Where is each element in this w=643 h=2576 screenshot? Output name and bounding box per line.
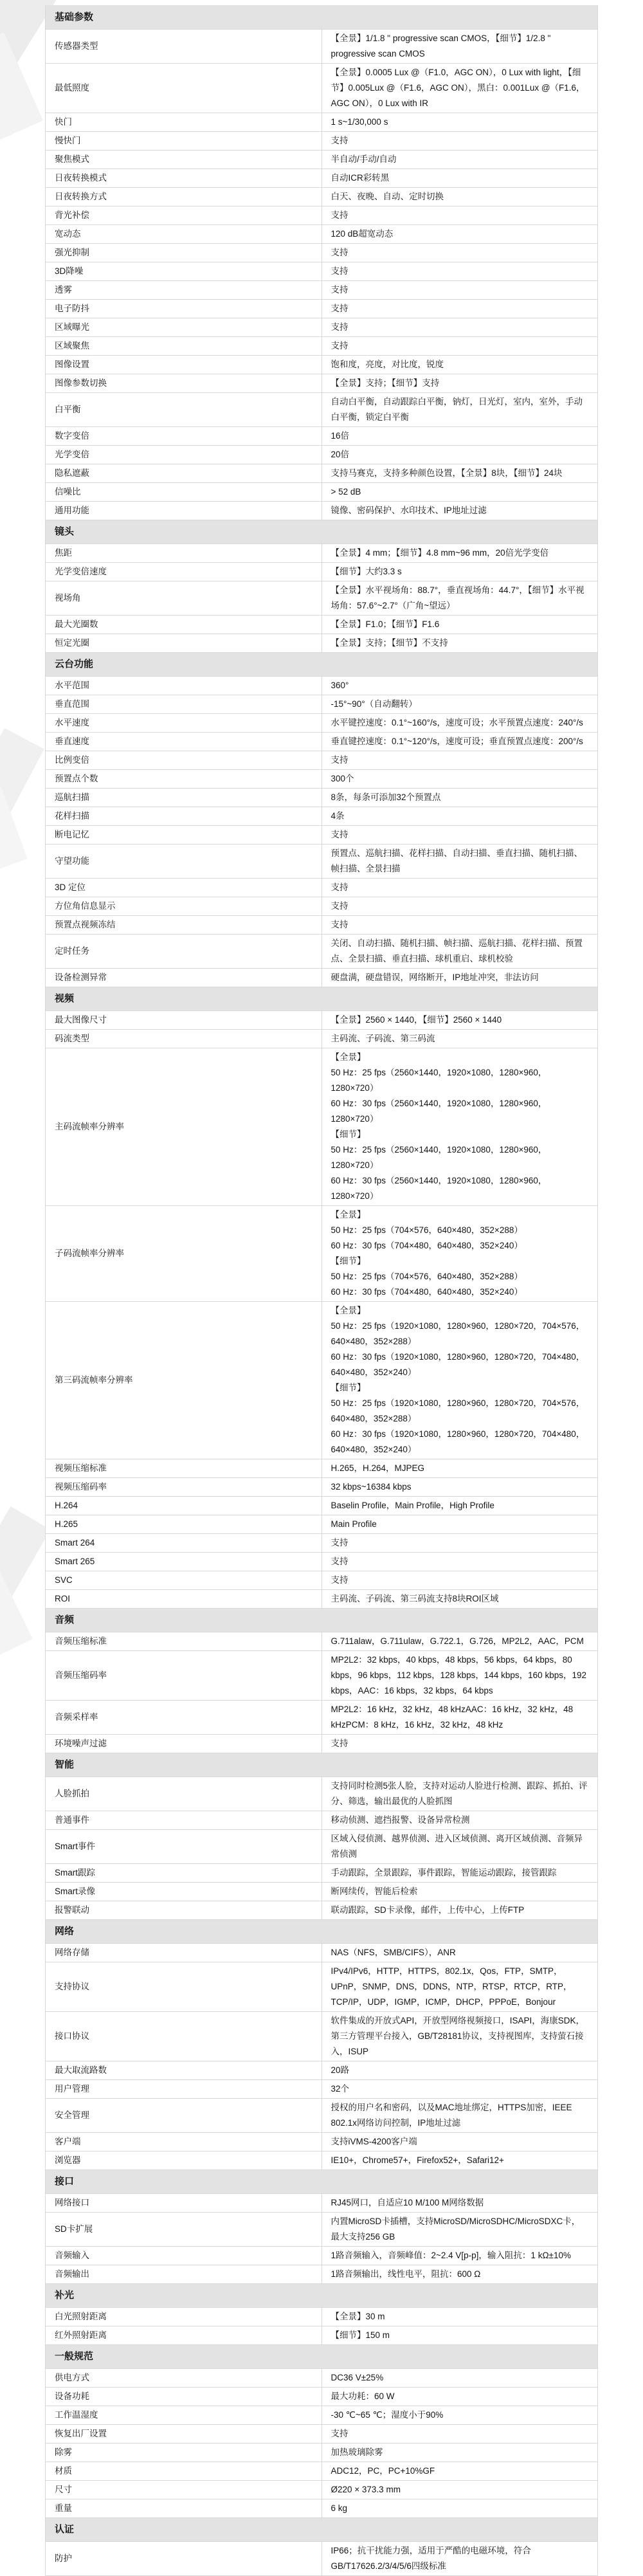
spec-value: 软件集成的开放式API，开放型网络视频接口，ISAPI，海康SDK，第三方管理平…: [321, 2012, 598, 2061]
spec-value: 支持马赛克，支持多种颜色设置，【全景】8块，【细节】24块: [321, 464, 598, 483]
spec-value: 支持: [321, 1735, 598, 1753]
spec-value: 支持: [321, 244, 598, 262]
spec-label: 信噪比: [46, 483, 322, 502]
section-row: 网络: [46, 1920, 598, 1944]
table-row: 区域曝光支持: [46, 318, 598, 337]
table-row: 背光补偿支持: [46, 206, 598, 225]
spec-label: Smart 265: [46, 1553, 322, 1571]
table-row: 通用功能镜像、密码保护、水印技术、IP地址过滤: [46, 502, 598, 520]
section-header: 补光: [46, 2284, 598, 2308]
table-row: 防护IP66；抗干扰能力强，适用于严酷的电磁环境，符合GB/T17626.2/3…: [46, 2542, 598, 2576]
table-row: 子码流帧率分辨率【全景】 50 Hz：25 fps（704×576，640×48…: [46, 1206, 598, 1302]
spec-value: 32个: [321, 2080, 598, 2099]
spec-label: 快门: [46, 113, 322, 132]
table-row: 音频压缩码率MP2L2：32 kbps，40 kbps，48 kbps，56 k…: [46, 1651, 598, 1701]
spec-label: 定时任务: [46, 935, 322, 969]
spec-label: 防护: [46, 2542, 322, 2576]
table-row: 客户端支持iVMS-4200客户端: [46, 2133, 598, 2151]
spec-label: 图像参数切换: [46, 374, 322, 393]
spec-value: 支持: [321, 897, 598, 916]
spec-label: 水平范围: [46, 677, 322, 695]
spec-label: 3D 定位: [46, 879, 322, 897]
table-row: Smart 264支持: [46, 1534, 598, 1553]
spec-label: 音频输入: [46, 2247, 322, 2265]
spec-label: 断电记忆: [46, 826, 322, 845]
spec-label: 水平速度: [46, 714, 322, 733]
spec-value: 支持: [321, 751, 598, 770]
spec-label: 网络接口: [46, 2194, 322, 2213]
spec-value: -15°~90°（自动翻转）: [321, 695, 598, 714]
spec-label: 白光照射距离: [46, 2308, 322, 2326]
spec-value: 【全景】支持；【细节】不支持: [321, 634, 598, 653]
spec-label: 支持协议: [46, 1962, 322, 2012]
table-row: H.265Main Profile: [46, 1515, 598, 1534]
spec-value: 【全景】1/1.8 " progressive scan CMOS，【细节】1/…: [321, 30, 598, 64]
table-row: 比例变倍支持: [46, 751, 598, 770]
spec-label: H.264: [46, 1497, 322, 1515]
spec-label: 视频压缩码率: [46, 1478, 322, 1497]
spec-value: 支持: [321, 337, 598, 356]
spec-label: 恢复出厂设置: [46, 2425, 322, 2444]
spec-label: 普通事件: [46, 1811, 322, 1830]
spec-value: 饱和度，亮度，对比度，锐度: [321, 356, 598, 374]
spec-value: 4条: [321, 807, 598, 826]
table-row: SD卡扩展内置MicroSD卡插槽，支持MicroSD/MicroSDHC/Mi…: [46, 2213, 598, 2247]
table-row: Smart跟踪手动跟踪，全景跟踪，事件跟踪，智能运动跟踪，接管跟踪: [46, 1864, 598, 1883]
spec-value: 32 kbps~16384 kbps: [321, 1478, 598, 1497]
spec-label: 浏览器: [46, 2151, 322, 2170]
spec-label: 安全管理: [46, 2099, 322, 2133]
table-row: 光学变倍速度【细节】大约3.3 s: [46, 563, 598, 581]
spec-value: 硬盘满，硬盘错误，网络断开，IP地址冲突，非法访问: [321, 969, 598, 987]
table-row: 强光抑制支持: [46, 244, 598, 262]
spec-value: 区域入侵侦测、越界侦测、进入区域侦测、离开区域侦测、音频异常侦测: [321, 1830, 598, 1864]
spec-label: 码流类型: [46, 1030, 322, 1048]
spec-label: 日夜转换方式: [46, 188, 322, 206]
spec-value: 20路: [321, 2061, 598, 2080]
spec-label: 主码流帧率分辨率: [46, 1048, 322, 1206]
table-row: 最大取流路数20路: [46, 2061, 598, 2080]
spec-value: 支持: [321, 132, 598, 151]
table-row: 方位角信息显示支持: [46, 897, 598, 916]
spec-label: 音频采样率: [46, 1701, 322, 1735]
spec-value: 内置MicroSD卡插槽，支持MicroSD/MicroSDHC/MicroSD…: [321, 2213, 598, 2247]
spec-value: 6 kg: [321, 2499, 598, 2518]
spec-value: 【全景】30 m: [321, 2308, 598, 2326]
spec-value: 支持: [321, 2425, 598, 2444]
spec-value: 300个: [321, 770, 598, 789]
spec-value: 【细节】150 m: [321, 2326, 598, 2345]
table-row: 音频输入1路音频输入，音频峰值：2~2.4 V[p-p]，输入阻抗：1 kΩ±1…: [46, 2247, 598, 2265]
spec-label: Smart 264: [46, 1534, 322, 1553]
spec-label: 3D降噪: [46, 262, 322, 281]
spec-label: 透雾: [46, 281, 322, 300]
spec-label: 最大取流路数: [46, 2061, 322, 2080]
spec-label: 最低照度: [46, 64, 322, 113]
spec-label: Smart录像: [46, 1883, 322, 1901]
spec-label: 除雾: [46, 2444, 322, 2462]
table-row: 断电记忆支持: [46, 826, 598, 845]
table-row: 花样扫描4条: [46, 807, 598, 826]
spec-label: 垂直范围: [46, 695, 322, 714]
spec-label: SD卡扩展: [46, 2213, 322, 2247]
spec-value: 支持: [321, 879, 598, 897]
spec-value: 1路音频输出，线性电平，阻抗：600 Ω: [321, 2265, 598, 2284]
spec-value: 【全景】4 mm；【细节】4.8 mm~96 mm，20倍光学变倍: [321, 544, 598, 563]
spec-value: IP66；抗干扰能力强，适用于严酷的电磁环境，符合GB/T17626.2/3/4…: [321, 2542, 598, 2576]
spec-value: 支持: [321, 318, 598, 337]
table-row: 定时任务关闭、自动扫描、随机扫描、帧扫描、巡航扫描、花样扫描、预置点、全景扫描、…: [46, 935, 598, 969]
watermark-shard: [0, 32, 43, 142]
table-row: 除雾加热玻璃除雾: [46, 2444, 598, 2462]
spec-value: 手动跟踪，全景跟踪，事件跟踪，智能运动跟踪，接管跟踪: [321, 1864, 598, 1883]
spec-label: 音频输出: [46, 2265, 322, 2284]
table-row: Smart 265支持: [46, 1553, 598, 1571]
spec-value: 16倍: [321, 427, 598, 446]
spec-value: 自动白平衡，自动跟踪白平衡，钠灯，日光灯，室内，室外，手动白平衡，锁定白平衡: [321, 393, 598, 427]
table-row: H.264Baselin Profile，Main Profile，High P…: [46, 1497, 598, 1515]
section-row: 智能: [46, 1753, 598, 1777]
table-row: 普通事件移动侦测、遮挡报警、设备异常检测: [46, 1811, 598, 1830]
spec-label: 视频压缩标准: [46, 1459, 322, 1478]
spec-label: 聚焦模式: [46, 151, 322, 169]
spec-value: 【全景】水平视场角：88.7°，垂直视场角：44.7°，【细节】水平视场角：57…: [321, 581, 598, 616]
spec-label: 光学变倍速度: [46, 563, 322, 581]
spec-value: 【细节】大约3.3 s: [321, 563, 598, 581]
spec-label: 网络存储: [46, 1944, 322, 1962]
spec-value: Main Profile: [321, 1515, 598, 1534]
table-row: 日夜转换方式白天、夜晚、自动、定时切换: [46, 188, 598, 206]
spec-label: 慢快门: [46, 132, 322, 151]
spec-value: 垂直键控速度：0.1°~120°/s，速度可设；垂直预置点速度：200°/s: [321, 733, 598, 751]
table-row: Smart事件区域入侵侦测、越界侦测、进入区域侦测、离开区域侦测、音频异常侦测: [46, 1830, 598, 1864]
table-row: 水平范围360°: [46, 677, 598, 695]
spec-label: H.265: [46, 1515, 322, 1534]
spec-label: Smart事件: [46, 1830, 322, 1864]
spec-value: -30 ℃~65 ℃；湿度小于90%: [321, 2406, 598, 2425]
spec-label: 重量: [46, 2499, 322, 2518]
table-row: 网络存储NAS（NFS，SMB/CIFS），ANR: [46, 1944, 598, 1962]
table-row: 预置点个数300个: [46, 770, 598, 789]
spec-value: 【全景】 50 Hz：25 fps（1920×1080，1280×960，128…: [321, 1302, 598, 1459]
spec-value: 1 s~1/30,000 s: [321, 113, 598, 132]
spec-label: ROI: [46, 1590, 322, 1609]
watermark-shard: [0, 1564, 33, 1659]
spec-value: Ø220 × 373.3 mm: [321, 2481, 598, 2499]
spec-value: 360°: [321, 677, 598, 695]
table-row: 最低照度【全景】0.0005 Lux @（F1.0，AGC ON），0 Lux …: [46, 64, 598, 113]
spec-value: 关闭、自动扫描、随机扫描、帧扫描、巡航扫描、花样扫描、预置点、全景扫描、垂直扫描…: [321, 935, 598, 969]
section-row: 镜头: [46, 520, 598, 544]
table-row: 守望功能预置点、巡航扫描、花样扫描、自动扫描、垂直扫描、随机扫描、帧扫描、全景扫…: [46, 845, 598, 879]
section-header: 基础参数: [46, 6, 598, 30]
spec-label: 材质: [46, 2462, 322, 2481]
table-row: 传感器类型【全景】1/1.8 " progressive scan CMOS，【…: [46, 30, 598, 64]
spec-label: 最大图像尺寸: [46, 1011, 322, 1030]
spec-value: 加热玻璃除雾: [321, 2444, 598, 2462]
spec-value: 断网续传，智能后检索: [321, 1883, 598, 1901]
spec-label: 方位角信息显示: [46, 897, 322, 916]
spec-value: 主码流、子码流、第三码流: [321, 1030, 598, 1048]
table-row: 白光照射距离【全景】30 m: [46, 2308, 598, 2326]
section-row: 基础参数: [46, 6, 598, 30]
table-row: 报警联动联动跟踪，SD卡录像，邮件，上传中心，上传FTP: [46, 1901, 598, 1920]
spec-value: 镜像、密码保护、水印技术、IP地址过滤: [321, 502, 598, 520]
table-row: 环境噪声过滤支持: [46, 1735, 598, 1753]
table-row: 最大光圈数【全景】F1.0；【细节】F1.6: [46, 616, 598, 634]
table-row: 人脸抓拍支持同时检测5张人脸，支持对运动人脸进行检测、跟踪、抓拍、评分、筛选，输…: [46, 1777, 598, 1811]
spec-value: RJ45网口，自适应10 M/100 M网络数据: [321, 2194, 598, 2213]
spec-label: 恒定光圈: [46, 634, 322, 653]
spec-value: 【全景】 50 Hz：25 fps（704×576，640×480，352×28…: [321, 1206, 598, 1302]
spec-label: 电子防抖: [46, 300, 322, 318]
section-header: 云台功能: [46, 653, 598, 677]
table-row: 接口协议软件集成的开放式API，开放型网络视频接口，ISAPI，海康SDK，第三…: [46, 2012, 598, 2061]
table-row: 焦距【全景】4 mm；【细节】4.8 mm~96 mm，20倍光学变倍: [46, 544, 598, 563]
table-row: 第三码流帧率分辨率【全景】 50 Hz：25 fps（1920×1080，128…: [46, 1302, 598, 1459]
section-header: 认证: [46, 2518, 598, 2542]
spec-label: 传感器类型: [46, 30, 322, 64]
spec-value: 支持: [321, 1553, 598, 1571]
spec-value: 移动侦测、遮挡报警、设备异常检测: [321, 1811, 598, 1830]
table-row: 音频压缩标准G.711alaw，G.711ulaw，G.722.1，G.726，…: [46, 1632, 598, 1651]
table-row: 材质ADC12，PC，PC+10%GF: [46, 2462, 598, 2481]
section-header: 镜头: [46, 520, 598, 544]
spec-value: 主码流、子码流、第三码流支持8块ROI区域: [321, 1590, 598, 1609]
table-row: 安全管理授权的用户名和密码，以及MAC地址绑定，HTTPS加密，IEEE 802…: [46, 2099, 598, 2133]
spec-value: 1路音频输入，音频峰值：2~2.4 V[p-p]，输入阻抗：1 kΩ±10%: [321, 2247, 598, 2265]
spec-label: 音频压缩标准: [46, 1632, 322, 1651]
spec-value: IE10+，Chrome57+，Firefox52+，Safari12+: [321, 2151, 598, 2170]
spec-value: DC36 V±25%: [321, 2369, 598, 2388]
table-row: 区域聚焦支持: [46, 337, 598, 356]
spec-value: H.265，H.264，MJPEG: [321, 1459, 598, 1478]
section-header: 音频: [46, 1609, 598, 1632]
spec-label: 强光抑制: [46, 244, 322, 262]
table-row: 最大图像尺寸【全景】2560 × 1440，【细节】2560 × 1440: [46, 1011, 598, 1030]
spec-value: 授权的用户名和密码，以及MAC地址绑定，HTTPS加密，IEEE 802.1x网…: [321, 2099, 598, 2133]
spec-value: 支持: [321, 1571, 598, 1590]
spec-value: 20倍: [321, 446, 598, 464]
spec-label: 区域曝光: [46, 318, 322, 337]
table-row: 巡航扫描8条，每条可添加32个预置点: [46, 789, 598, 807]
table-row: 浏览器IE10+，Chrome57+，Firefox52+，Safari12+: [46, 2151, 598, 2170]
spec-table-body: 基础参数传感器类型【全景】1/1.8 " progressive scan CM…: [46, 6, 598, 2576]
spec-label: 背光补偿: [46, 206, 322, 225]
table-row: 重量6 kg: [46, 2499, 598, 2518]
spec-label: 供电方式: [46, 2369, 322, 2388]
table-row: 网络接口RJ45网口，自适应10 M/100 M网络数据: [46, 2194, 598, 2213]
spec-value: 自动ICR彩转黑: [321, 169, 598, 188]
spec-sheet-page: 基础参数传感器类型【全景】1/1.8 " progressive scan CM…: [0, 0, 643, 2576]
table-row: 信噪比> 52 dB: [46, 483, 598, 502]
spec-label: 日夜转换模式: [46, 169, 322, 188]
table-row: 主码流帧率分辨率【全景】 50 Hz：25 fps（2560×1440，1920…: [46, 1048, 598, 1206]
spec-label: 宽动态: [46, 225, 322, 244]
section-row: 视频: [46, 987, 598, 1011]
spec-label: 音频压缩码率: [46, 1651, 322, 1701]
spec-value: 支持同时检测5张人脸，支持对运动人脸进行检测、跟踪、抓拍、评分、筛选，输出最优的…: [321, 1777, 598, 1811]
spec-label: 子码流帧率分辨率: [46, 1206, 322, 1302]
spec-label: 红外照射距离: [46, 2326, 322, 2345]
table-row: 快门1 s~1/30,000 s: [46, 113, 598, 132]
spec-value: MP2L2：32 kbps，40 kbps，48 kbps，56 kbps，64…: [321, 1651, 598, 1701]
spec-label: 预置点个数: [46, 770, 322, 789]
spec-label: 设备检测异常: [46, 969, 322, 987]
table-row: 码流类型主码流、子码流、第三码流: [46, 1030, 598, 1048]
table-row: 光学变倍20倍: [46, 446, 598, 464]
table-row: 3D 定位支持: [46, 879, 598, 897]
section-header: 智能: [46, 1753, 598, 1777]
section-header: 一般规范: [46, 2345, 598, 2369]
spec-value: 白天、夜晚、自动、定时切换: [321, 188, 598, 206]
table-row: 音频采样率MP2L2：16 kHz，32 kHz，48 kHzAAC：16 kH…: [46, 1701, 598, 1735]
watermark-pattern: [0, 0, 45, 2576]
table-row: 垂直速度垂直键控速度：0.1°~120°/s，速度可设；垂直预置点速度：200°…: [46, 733, 598, 751]
spec-label: 工作温湿度: [46, 2406, 322, 2425]
table-row: ROI主码流、子码流、第三码流支持8块ROI区域: [46, 1590, 598, 1609]
spec-label: 隐私遮蔽: [46, 464, 322, 483]
spec-label: 尺寸: [46, 2481, 322, 2499]
table-row: 支持协议IPv4/IPv6，HTTP，HTTPS，802.1x，Qos，FTP，…: [46, 1962, 598, 2012]
spec-label: SVC: [46, 1571, 322, 1590]
table-row: 视场角【全景】水平视场角：88.7°，垂直视场角：44.7°，【细节】水平视场角…: [46, 581, 598, 616]
table-row: 3D降噪支持: [46, 262, 598, 281]
table-row: 预置点视频冻结支持: [46, 916, 598, 935]
section-row: 认证: [46, 2518, 598, 2542]
spec-value: 8条，每条可添加32个预置点: [321, 789, 598, 807]
spec-value: 半自动/手动/自动: [321, 151, 598, 169]
spec-value: 支持: [321, 281, 598, 300]
spec-label: 垂直速度: [46, 733, 322, 751]
table-row: 白平衡自动白平衡，自动跟踪白平衡，钠灯，日光灯，室内，室外，手动白平衡，锁定白平…: [46, 393, 598, 427]
spec-label: 守望功能: [46, 845, 322, 879]
spec-value: 【全景】F1.0；【细节】F1.6: [321, 616, 598, 634]
table-row: 工作温湿度-30 ℃~65 ℃；湿度小于90%: [46, 2406, 598, 2425]
spec-value: IPv4/IPv6，HTTP，HTTPS，802.1x，Qos，FTP，SMTP…: [321, 1962, 598, 2012]
table-row: 恢复出厂设置支持: [46, 2425, 598, 2444]
table-row: 设备检测异常硬盘满，硬盘错误，网络断开，IP地址冲突，非法访问: [46, 969, 598, 987]
spec-value: G.711alaw，G.711ulaw，G.722.1，G.726，MP2L2，…: [321, 1632, 598, 1651]
table-row: 红外照射距离【细节】150 m: [46, 2326, 598, 2345]
table-row: Smart录像断网续传，智能后检索: [46, 1883, 598, 1901]
table-row: 图像设置饱和度，亮度，对比度，锐度: [46, 356, 598, 374]
spec-value: Baselin Profile，Main Profile，High Profil…: [321, 1497, 598, 1515]
table-row: 电子防抖支持: [46, 300, 598, 318]
section-header: 视频: [46, 987, 598, 1011]
table-row: 尺寸Ø220 × 373.3 mm: [46, 2481, 598, 2499]
table-row: 透雾支持: [46, 281, 598, 300]
spec-label: 第三码流帧率分辨率: [46, 1302, 322, 1459]
spec-value: 最大功耗：60 W: [321, 2388, 598, 2406]
spec-value: 120 dB超宽动态: [321, 225, 598, 244]
table-row: 视频压缩标准H.265，H.264，MJPEG: [46, 1459, 598, 1478]
spec-label: 比例变倍: [46, 751, 322, 770]
spec-value: 支持: [321, 826, 598, 845]
spec-value: 支持: [321, 206, 598, 225]
spec-label: 焦距: [46, 544, 322, 563]
spec-label: 接口协议: [46, 2012, 322, 2061]
spec-label: 报警联动: [46, 1901, 322, 1920]
spec-value: 【全景】0.0005 Lux @（F1.0，AGC ON），0 Lux with…: [321, 64, 598, 113]
spec-value: 支持: [321, 262, 598, 281]
watermark-shard: [0, 1506, 51, 1613]
table-row: 视频压缩码率32 kbps~16384 kbps: [46, 1478, 598, 1497]
spec-value: 支持: [321, 1534, 598, 1553]
table-row: 日夜转换模式自动ICR彩转黑: [46, 169, 598, 188]
section-row: 音频: [46, 1609, 598, 1632]
spec-label: 用户管理: [46, 2080, 322, 2099]
spec-table: 基础参数传感器类型【全景】1/1.8 " progressive scan CM…: [45, 5, 598, 2576]
spec-label: 预置点视频冻结: [46, 916, 322, 935]
section-row: 补光: [46, 2284, 598, 2308]
section-header: 接口: [46, 2170, 598, 2194]
spec-label: 客户端: [46, 2133, 322, 2151]
spec-label: 最大光圈数: [46, 616, 322, 634]
spec-label: 人脸抓拍: [46, 1777, 322, 1811]
section-row: 接口: [46, 2170, 598, 2194]
table-row: 数字变倍16倍: [46, 427, 598, 446]
spec-value: 预置点、巡航扫描、花样扫描、自动扫描、垂直扫描、随机扫描、帧扫描、全景扫描: [321, 845, 598, 879]
table-row: 垂直范围-15°~90°（自动翻转）: [46, 695, 598, 714]
spec-value: 支持: [321, 916, 598, 935]
spec-value: 【全景】支持；【细节】支持: [321, 374, 598, 393]
spec-label: 数字变倍: [46, 427, 322, 446]
spec-label: 花样扫描: [46, 807, 322, 826]
spec-value: 【全景】2560 × 1440，【细节】2560 × 1440: [321, 1011, 598, 1030]
spec-value: 【全景】 50 Hz：25 fps（2560×1440，1920×1080，12…: [321, 1048, 598, 1206]
spec-value: 水平键控速度：0.1°~160°/s，速度可设；水平预置点速度：240°/s: [321, 714, 598, 733]
table-row: SVC支持: [46, 1571, 598, 1590]
spec-value: > 52 dB: [321, 483, 598, 502]
section-row: 云台功能: [46, 653, 598, 677]
spec-value: 支持: [321, 300, 598, 318]
table-row: 供电方式DC36 V±25%: [46, 2369, 598, 2388]
watermark-shard: [0, 786, 28, 873]
spec-value: 联动跟踪，SD卡录像，邮件，上传中心，上传FTP: [321, 1901, 598, 1920]
spec-label: 环境噪声过滤: [46, 1735, 322, 1753]
table-row: 宽动态120 dB超宽动态: [46, 225, 598, 244]
table-row: 设备功耗最大功耗：60 W: [46, 2388, 598, 2406]
spec-value: ADC12，PC，PC+10%GF: [321, 2462, 598, 2481]
table-row: 慢快门支持: [46, 132, 598, 151]
table-row: 音频输出1路音频输出，线性电平，阻抗：600 Ω: [46, 2265, 598, 2284]
spec-label: Smart跟踪: [46, 1864, 322, 1883]
spec-label: 设备功耗: [46, 2388, 322, 2406]
spec-label: 图像设置: [46, 356, 322, 374]
spec-value: NAS（NFS，SMB/CIFS），ANR: [321, 1944, 598, 1962]
spec-label: 白平衡: [46, 393, 322, 427]
table-row: 用户管理32个: [46, 2080, 598, 2099]
spec-label: 光学变倍: [46, 446, 322, 464]
spec-label: 通用功能: [46, 502, 322, 520]
table-row: 恒定光圈【全景】支持；【细节】不支持: [46, 634, 598, 653]
spec-label: 区域聚焦: [46, 337, 322, 356]
table-row: 水平速度水平键控速度：0.1°~160°/s，速度可设；水平预置点速度：240°…: [46, 714, 598, 733]
section-header: 网络: [46, 1920, 598, 1944]
table-row: 隐私遮蔽支持马赛克，支持多种颜色设置，【全景】8块，【细节】24块: [46, 464, 598, 483]
table-row: 图像参数切换【全景】支持；【细节】支持: [46, 374, 598, 393]
spec-label: 视场角: [46, 581, 322, 616]
table-row: 聚焦模式半自动/手动/自动: [46, 151, 598, 169]
spec-value: 支持iVMS-4200客户端: [321, 2133, 598, 2151]
spec-value: MP2L2：16 kHz，32 kHz，48 kHzAAC：16 kHz，32 …: [321, 1701, 598, 1735]
section-row: 一般规范: [46, 2345, 598, 2369]
spec-label: 巡航扫描: [46, 789, 322, 807]
watermark-shard: [0, 728, 44, 828]
